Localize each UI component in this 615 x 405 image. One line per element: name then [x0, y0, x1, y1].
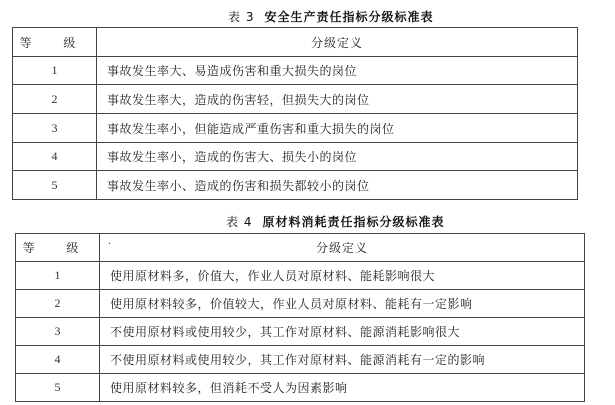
definition-cell: 使用原材料较多，价值较大，作业人员对原材料、能耗有一定影响: [100, 290, 585, 318]
level-cell: 2: [16, 290, 100, 318]
table3-header-level: 等 级: [13, 28, 97, 57]
table3-header-definition: 分级定义: [97, 28, 578, 57]
level-cell: 2: [13, 85, 97, 114]
level-cell: 5: [16, 374, 100, 402]
table3: 等 级 分级定义 1 事故发生率大、易造成伤害和重大损失的岗位 2 事故发生率大…: [12, 27, 578, 200]
definition-cell: 事故发生率小，但能造成严重伤害和重大损失的岗位: [97, 114, 578, 143]
table4: 等 级 · 分级定义 1 使用原材料多，价值大，作业人员对原材料、能耗影响很大 …: [15, 233, 585, 402]
table3-caption-number: 表 3: [228, 10, 254, 24]
definition-cell: 使用原材料多，价值大，作业人员对原材料、能耗影响很大: [100, 262, 585, 290]
table-row: 1 使用原材料多，价值大，作业人员对原材料、能耗影响很大: [16, 262, 585, 290]
level-cell: 3: [13, 114, 97, 143]
table-row: 2 事故发生率大，造成的伤害轻，但损失大的岗位: [13, 85, 578, 114]
table4-header-level: 等 级: [16, 234, 100, 262]
table-row: 4 不使用原材料或使用较少，其工作对原材料、能源消耗有一定的影响: [16, 346, 585, 374]
definition-cell: 事故发生率小，造成的伤害大、损失小的岗位: [97, 143, 578, 171]
table-row: 5 事故发生率小、造成的伤害和损失都较小的岗位: [13, 171, 578, 200]
level-cell: 1: [16, 262, 100, 290]
table-row: 1 事故发生率大、易造成伤害和重大损失的岗位: [13, 57, 578, 85]
definition-cell: 不使用原材料或使用较少，其工作对原材料、能源消耗有一定的影响: [100, 346, 585, 374]
stray-mark: ·: [108, 239, 112, 250]
definition-cell: 不使用原材料或使用较少，其工作对原材料、能源消耗影响很大: [100, 318, 585, 346]
definition-cell: 事故发生率大、易造成伤害和重大损失的岗位: [97, 57, 578, 85]
table4-caption-title: 原材料消耗责任指标分级标准表: [262, 215, 444, 229]
level-cell: 4: [13, 143, 97, 171]
level-cell: 1: [13, 57, 97, 85]
table4-header-row: 等 级 · 分级定义: [16, 234, 585, 262]
table-row: 5 使用原材料较多，但消耗不受人为因素影响: [16, 374, 585, 402]
table4-header-definition: · 分级定义: [100, 234, 585, 262]
table-row: 3 事故发生率小，但能造成严重伤害和重大损失的岗位: [13, 114, 578, 143]
table3-caption: 表 3安全生产责任指标分级标准表: [228, 8, 433, 25]
level-cell: 3: [16, 318, 100, 346]
table3-header-row: 等 级 分级定义: [13, 28, 578, 57]
table-row: 3 不使用原材料或使用较少，其工作对原材料、能源消耗影响很大: [16, 318, 585, 346]
definition-cell: 使用原材料较多，但消耗不受人为因素影响: [100, 374, 585, 402]
table3-caption-title: 安全生产责任指标分级标准表: [264, 10, 433, 24]
table4-caption: 表 4原材料消耗责任指标分级标准表: [226, 213, 444, 230]
table-row: 2 使用原材料较多，价值较大，作业人员对原材料、能耗有一定影响: [16, 290, 585, 318]
level-cell: 5: [13, 171, 97, 200]
level-cell: 4: [16, 346, 100, 374]
table4-caption-number: 表 4: [226, 215, 252, 229]
table-row: 4 事故发生率小，造成的伤害大、损失小的岗位: [13, 143, 578, 171]
definition-cell: 事故发生率大，造成的伤害轻，但损失大的岗位: [97, 85, 578, 114]
definition-cell: 事故发生率小、造成的伤害和损失都较小的岗位: [97, 171, 578, 200]
